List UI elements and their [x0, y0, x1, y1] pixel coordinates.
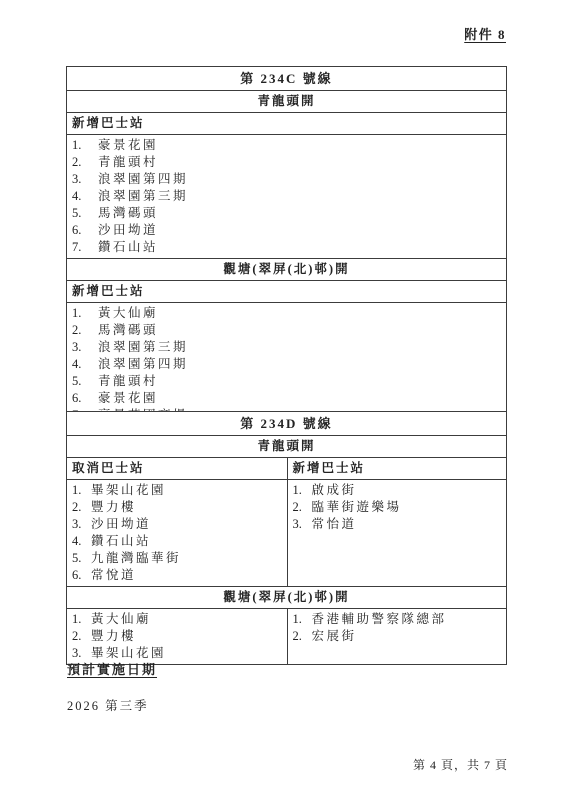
- cancelled-stops-column: 畢架山花園 豐力樓 沙田坳道 鑽石山站 九龍灣臨華街 常悅道: [67, 480, 287, 586]
- stop-name: 青龍頭村: [98, 155, 158, 169]
- stop-item: 浪翠園第四期: [72, 356, 506, 373]
- stop-item: 浪翠園第三期: [72, 188, 506, 205]
- column-headers-row: 取消巴士站 新增巴士站: [67, 457, 506, 479]
- route-title: 第 234D 號線: [67, 412, 506, 435]
- stop-name: 沙田坳道: [98, 223, 158, 237]
- stop-item: 臨華街遊樂場: [293, 499, 507, 516]
- stops-lists-row: 黃大仙廟 豐力樓 畢架山花園 香港輔助警察隊總部 宏展街: [67, 608, 506, 664]
- page-number-footer: 第 4 頁，共 7 頁: [413, 756, 508, 773]
- stop-item: 浪翠園第四期: [72, 171, 506, 188]
- stops-list: 黃大仙廟 馬灣碼頭 浪翠園第三期 浪翠園第四期 青龍頭村 豪景花園 豪景花園商場: [67, 303, 506, 426]
- stops-list-container: 豪景花園 青龍頭村 浪翠園第四期 浪翠園第三期 馬灣碼頭 沙田坳道 鑽石山站: [67, 134, 506, 258]
- stop-name: 豐力樓: [91, 500, 136, 514]
- stops-lists-row: 畢架山花園 豐力樓 沙田坳道 鑽石山站 九龍灣臨華街 常悅道 啟成街 臨華街遊樂…: [67, 479, 506, 586]
- direction-header: 觀塘(翠屏(北)邨)開: [67, 258, 506, 280]
- stop-name: 豪景花園: [98, 138, 158, 152]
- stop-item: 馬灣碼頭: [72, 322, 506, 339]
- stop-item: 豐力樓: [72, 499, 287, 516]
- stop-item: 常悅道: [72, 567, 287, 584]
- stop-item: 豪景花園: [72, 137, 506, 154]
- stop-name: 豐力樓: [91, 629, 136, 643]
- column-header-new-stops: 新增巴士站: [67, 280, 506, 302]
- stop-name: 鑽石山站: [91, 534, 151, 548]
- appendix-label: 附件 8: [464, 24, 506, 43]
- stop-name: 浪翠園第三期: [98, 189, 188, 203]
- stop-name: 常悅道: [91, 568, 136, 582]
- stop-name: 常怡道: [312, 517, 357, 531]
- cancelled-stops-column: 黃大仙廟 豐力樓 畢架山花園: [67, 609, 287, 664]
- stop-item: 豐力樓: [72, 628, 287, 645]
- stop-name: 黃大仙廟: [91, 612, 151, 626]
- stop-name: 浪翠園第三期: [98, 340, 188, 354]
- stops-list: 啟成街 臨華街遊樂場 常怡道: [288, 480, 507, 535]
- document-page: 附件 8 第 234C 號線 青龍頭開 新增巴士站 豪景花園 青龍頭村 浪翠園第…: [0, 0, 566, 800]
- stop-item: 鑽石山站: [72, 239, 506, 256]
- implementation-date-heading: 預計實施日期: [67, 659, 157, 678]
- stop-item: 黃大仙廟: [72, 611, 287, 628]
- new-stops-column: 香港輔助警察隊總部 宏展街: [287, 609, 507, 664]
- stop-item: 青龍頭村: [72, 373, 506, 390]
- stop-item: 浪翠園第三期: [72, 339, 506, 356]
- stop-item: 鑽石山站: [72, 533, 287, 550]
- stop-name: 啟成街: [312, 483, 357, 497]
- stop-name: 九龍灣臨華街: [91, 551, 181, 565]
- implementation-date-value: 2026 第三季: [67, 696, 149, 714]
- stop-item: 九龍灣臨華街: [72, 550, 287, 567]
- stop-item: 沙田坳道: [72, 222, 506, 239]
- stop-name: 宏展街: [312, 629, 357, 643]
- stop-item: 青龍頭村: [72, 154, 506, 171]
- stop-name: 畢架山花園: [91, 646, 166, 660]
- stop-item: 香港輔助警察隊總部: [293, 611, 507, 628]
- stop-item: 宏展街: [293, 628, 507, 645]
- direction-header: 青龍頭開: [67, 435, 506, 457]
- stops-list: 豪景花園 青龍頭村 浪翠園第四期 浪翠園第三期 馬灣碼頭 沙田坳道 鑽石山站: [67, 135, 506, 258]
- stop-name: 臨華街遊樂場: [312, 500, 402, 514]
- stop-name: 青龍頭村: [98, 374, 158, 388]
- stop-item: 豪景花園: [72, 390, 506, 407]
- stop-name: 浪翠園第四期: [98, 357, 188, 371]
- stops-list: 畢架山花園 豐力樓 沙田坳道 鑽石山站 九龍灣臨華街 常悅道: [67, 480, 287, 586]
- stop-name: 香港輔助警察隊總部: [312, 612, 447, 626]
- route-title: 第 234C 號線: [67, 67, 506, 90]
- direction-header: 青龍頭開: [67, 90, 506, 112]
- stops-list: 香港輔助警察隊總部 宏展街: [288, 609, 507, 647]
- direction-header: 觀塘(翠屏(北)邨)開: [67, 586, 506, 608]
- stop-item: 常怡道: [293, 516, 507, 533]
- column-header-new-stops: 新增巴士站: [287, 458, 507, 479]
- stop-item: 啟成街: [293, 482, 507, 499]
- stop-name: 浪翠園第四期: [98, 172, 188, 186]
- column-header-cancelled-stops: 取消巴士站: [67, 458, 287, 479]
- stop-item: 沙田坳道: [72, 516, 287, 533]
- stop-name: 鑽石山站: [98, 240, 158, 254]
- route-table-234c: 第 234C 號線 青龍頭開 新增巴士站 豪景花園 青龍頭村 浪翠園第四期 浪翠…: [66, 66, 507, 427]
- stop-name: 豪景花園: [98, 391, 158, 405]
- stop-name: 沙田坳道: [91, 517, 151, 531]
- stop-item: 馬灣碼頭: [72, 205, 506, 222]
- stops-list-container: 黃大仙廟 馬灣碼頭 浪翠園第三期 浪翠園第四期 青龍頭村 豪景花園 豪景花園商場: [67, 302, 506, 426]
- new-stops-column: 啟成街 臨華街遊樂場 常怡道: [287, 480, 507, 586]
- stop-name: 馬灣碼頭: [98, 206, 158, 220]
- stops-list: 黃大仙廟 豐力樓 畢架山花園: [67, 609, 287, 664]
- stop-name: 黃大仙廟: [98, 306, 158, 320]
- stop-item: 黃大仙廟: [72, 305, 506, 322]
- route-table-234d: 第 234D 號線 青龍頭開 取消巴士站 新增巴士站 畢架山花園 豐力樓 沙田坳…: [66, 411, 507, 665]
- column-header-new-stops: 新增巴士站: [67, 112, 506, 134]
- stop-name: 畢架山花園: [91, 483, 166, 497]
- stop-item: 畢架山花園: [72, 482, 287, 499]
- stop-name: 馬灣碼頭: [98, 323, 158, 337]
